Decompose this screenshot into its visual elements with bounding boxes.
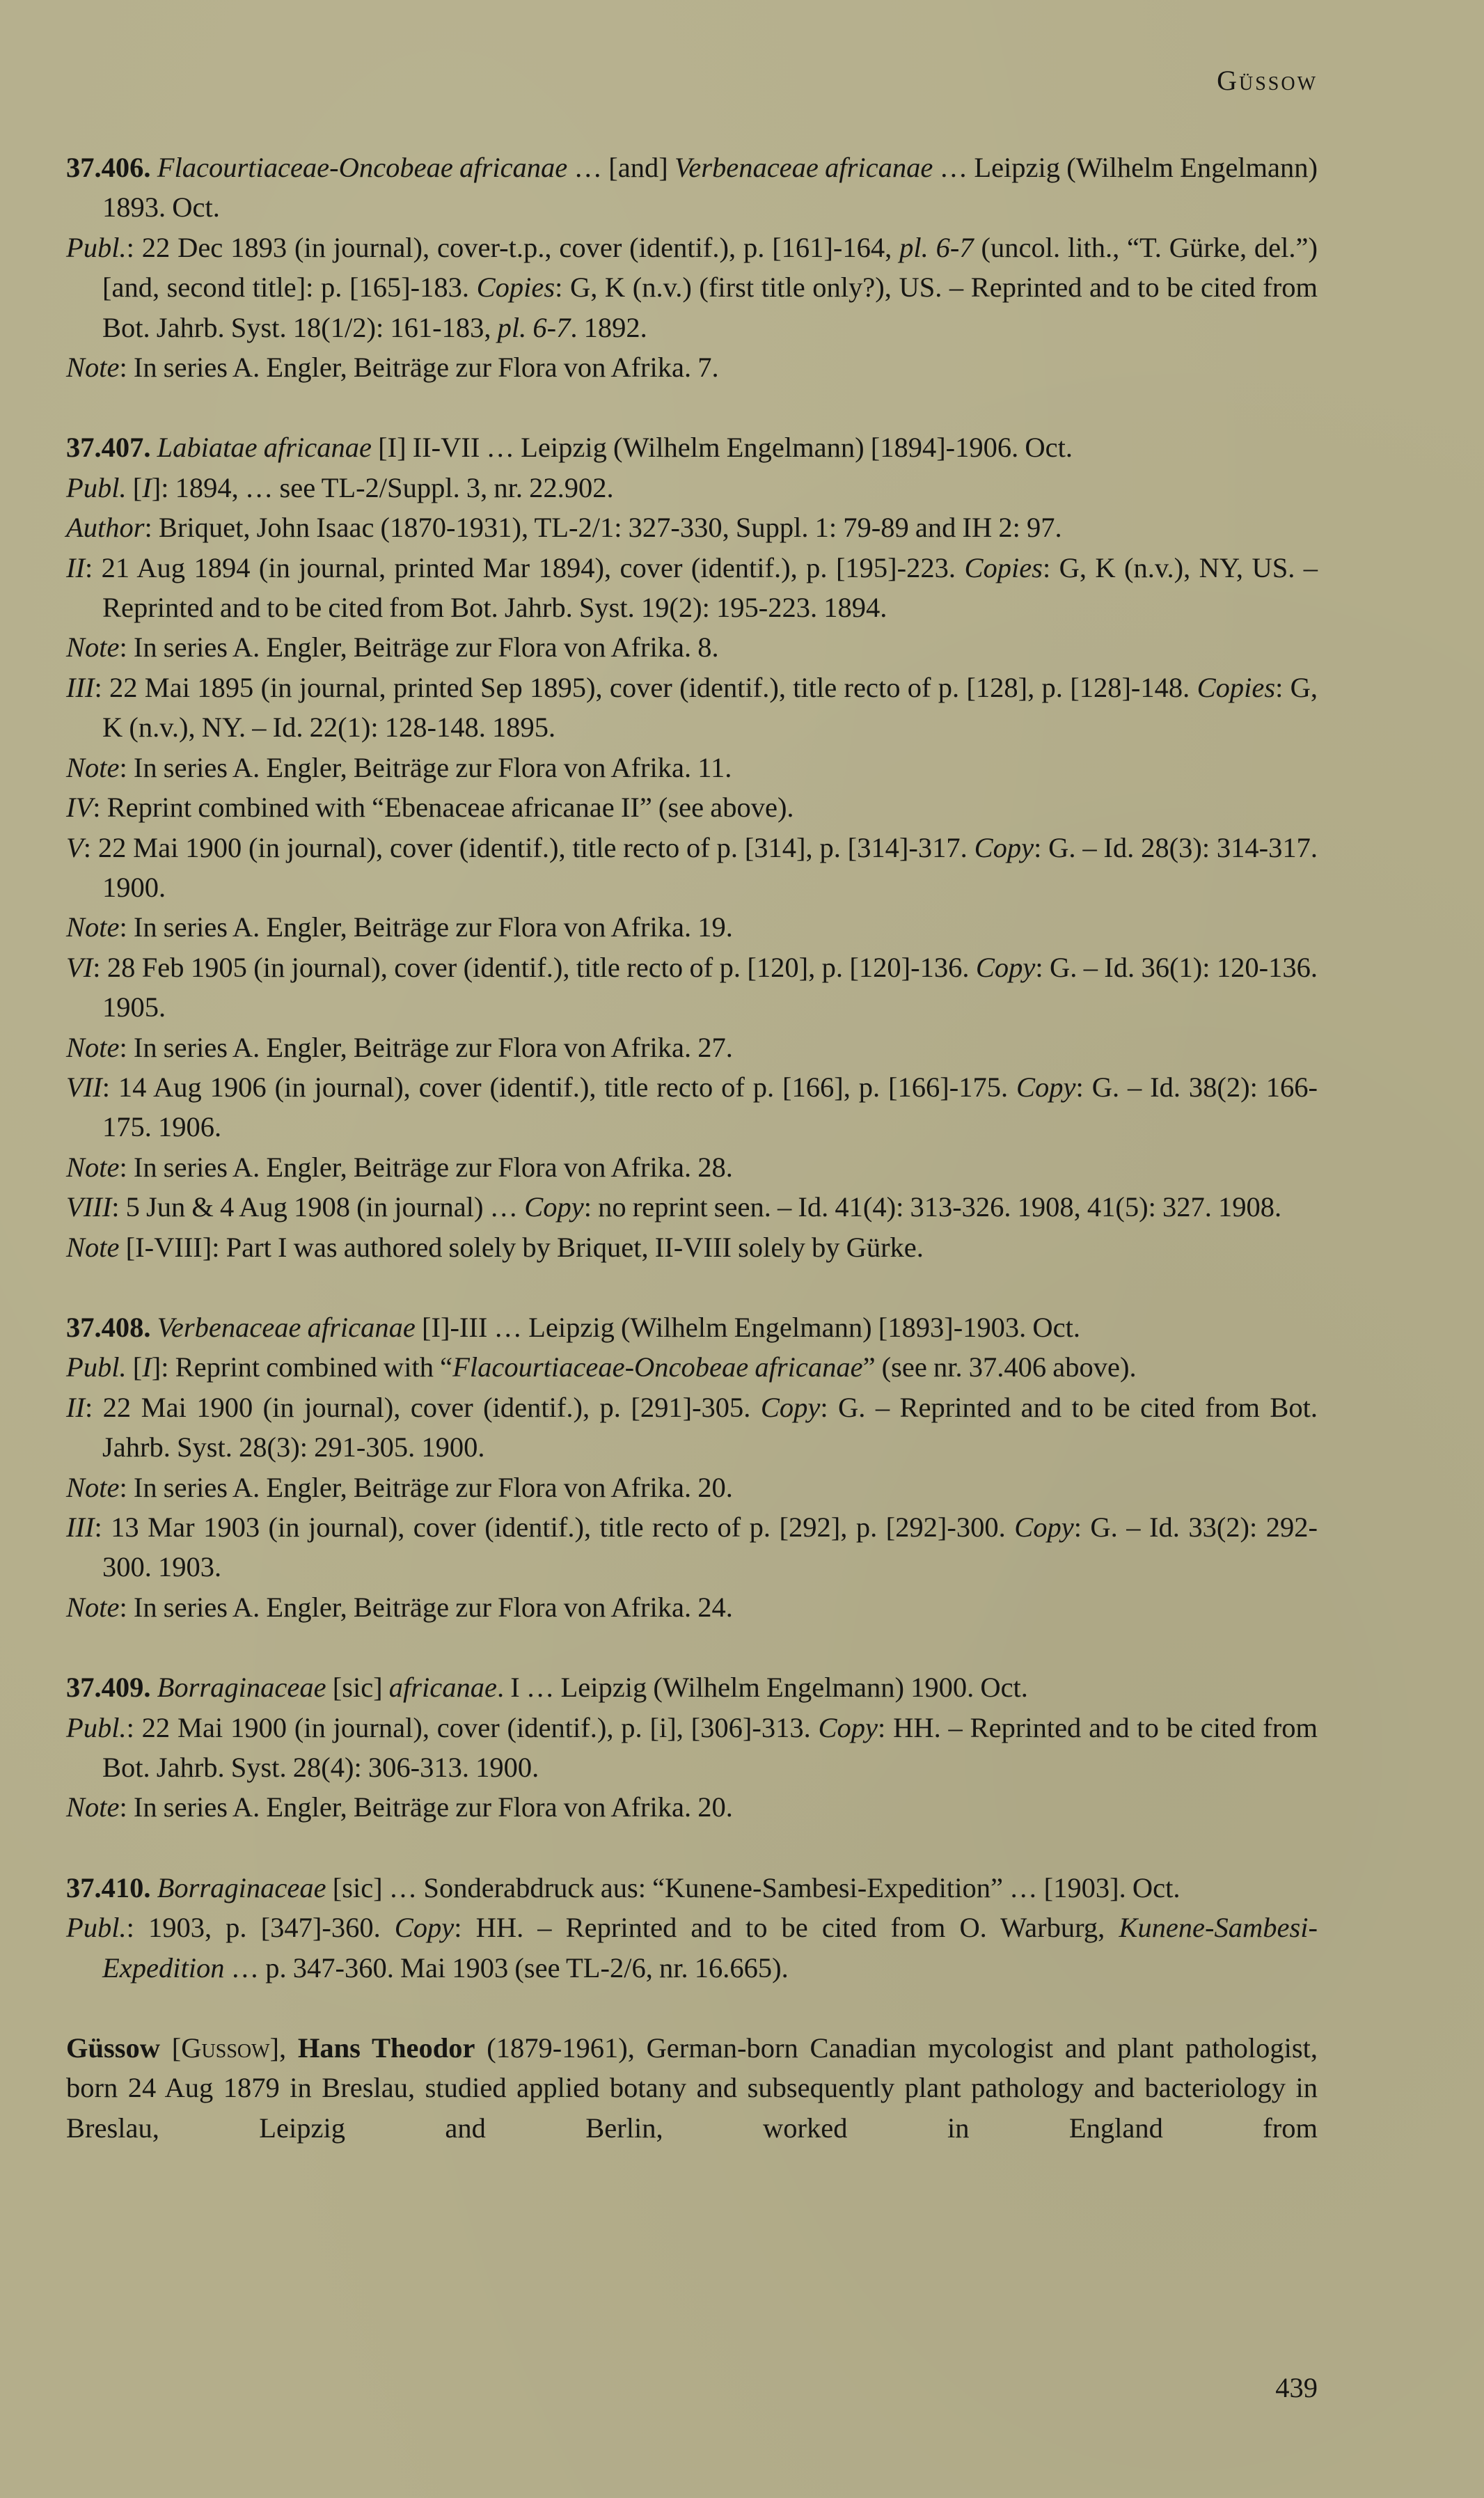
entry-part-iv: IV: Reprint combined with “Ebenaceae afr… — [66, 787, 1318, 827]
entry-note: Note: In series A. Engler, Beiträge zur … — [66, 1147, 1318, 1187]
entry-37-407: 37.407. Labiatae africanae [I] II-VII … … — [66, 427, 1318, 1267]
entry-note-summary: Note [I-VIII]: Part I was authored solel… — [66, 1227, 1318, 1267]
entry-note: Note: In series A. Engler, Beiträge zur … — [66, 347, 1318, 387]
entry-title: 37.409. Borraginaceae [sic] africanae. I… — [66, 1667, 1318, 1707]
entry-37-406: 37.406. Flacourtiaceae-Oncobeae africana… — [66, 148, 1318, 387]
entry-part-ii: II: 21 Aug 1894 (in journal, printed Mar… — [66, 548, 1318, 628]
entry-note: Note: In series A. Engler, Beiträge zur … — [66, 748, 1318, 787]
entry-part-vi: VI: 28 Feb 1905 (in journal), cover (ide… — [66, 948, 1318, 1028]
entry-title: 37.407. Labiatae africanae [I] II-VII … … — [66, 427, 1318, 467]
entry-part-iii: III: 22 Mai 1895 (in journal, printed Se… — [66, 668, 1318, 748]
entry-publication: Publ.: 22 Dec 1893 (in journal), cover-t… — [66, 228, 1318, 347]
page-number: 439 — [1275, 2369, 1318, 2407]
entry-37-410: 37.410. Borraginaceae [sic] … Sonderabdr… — [66, 1868, 1318, 1988]
running-head: Güssow — [1217, 61, 1318, 100]
entry-note: Note: In series A. Engler, Beiträge zur … — [66, 1787, 1318, 1827]
entry-part-ii: II: 22 Mai 1900 (in journal), cover (ide… — [66, 1388, 1318, 1468]
entry-publication: Publ. [I]: 1894, … see TL-2/Suppl. 3, nr… — [66, 468, 1318, 508]
biography-text: Güssow [Gussow], Hans Theodor (1879-1961… — [66, 2028, 1318, 2148]
entry-part-viii: VIII: 5 Jun & 4 Aug 1908 (in journal) … … — [66, 1187, 1318, 1227]
entry-37-408: 37.408. Verbenaceae africanae [I]-III … … — [66, 1307, 1318, 1627]
entry-publication: Publ.: 22 Mai 1900 (in journal), cover (… — [66, 1708, 1318, 1788]
page-body: 37.406. Flacourtiaceae-Oncobeae africana… — [66, 148, 1318, 2188]
entry-note: Note: In series A. Engler, Beiträge zur … — [66, 907, 1318, 947]
entry-author: Author: Briquet, John Isaac (1870-1931),… — [66, 508, 1318, 547]
entry-37-409: 37.409. Borraginaceae [sic] africanae. I… — [66, 1667, 1318, 1828]
entry-part-v: V: 22 Mai 1900 (in journal), cover (iden… — [66, 828, 1318, 908]
entry-note: Note: In series A. Engler, Beiträge zur … — [66, 1587, 1318, 1627]
entry-publication: Publ. [I]: Reprint combined with “Flacou… — [66, 1347, 1318, 1387]
author-biography: Güssow [Gussow], Hans Theodor (1879-1961… — [66, 2028, 1318, 2148]
entry-note: Note: In series A. Engler, Beiträge zur … — [66, 627, 1318, 667]
entry-publication: Publ.: 1903, p. [347]-360. Copy: HH. – R… — [66, 1908, 1318, 1988]
entry-title: 37.406. Flacourtiaceae-Oncobeae africana… — [66, 148, 1318, 228]
entry-title: 37.410. Borraginaceae [sic] … Sonderabdr… — [66, 1868, 1318, 1908]
entry-title: 37.408. Verbenaceae africanae [I]-III … … — [66, 1307, 1318, 1347]
entry-note: Note: In series A. Engler, Beiträge zur … — [66, 1028, 1318, 1067]
entry-part-vii: VII: 14 Aug 1906 (in journal), cover (id… — [66, 1067, 1318, 1147]
entry-note: Note: In series A. Engler, Beiträge zur … — [66, 1468, 1318, 1507]
entry-part-iii: III: 13 Mar 1903 (in journal), cover (id… — [66, 1507, 1318, 1587]
